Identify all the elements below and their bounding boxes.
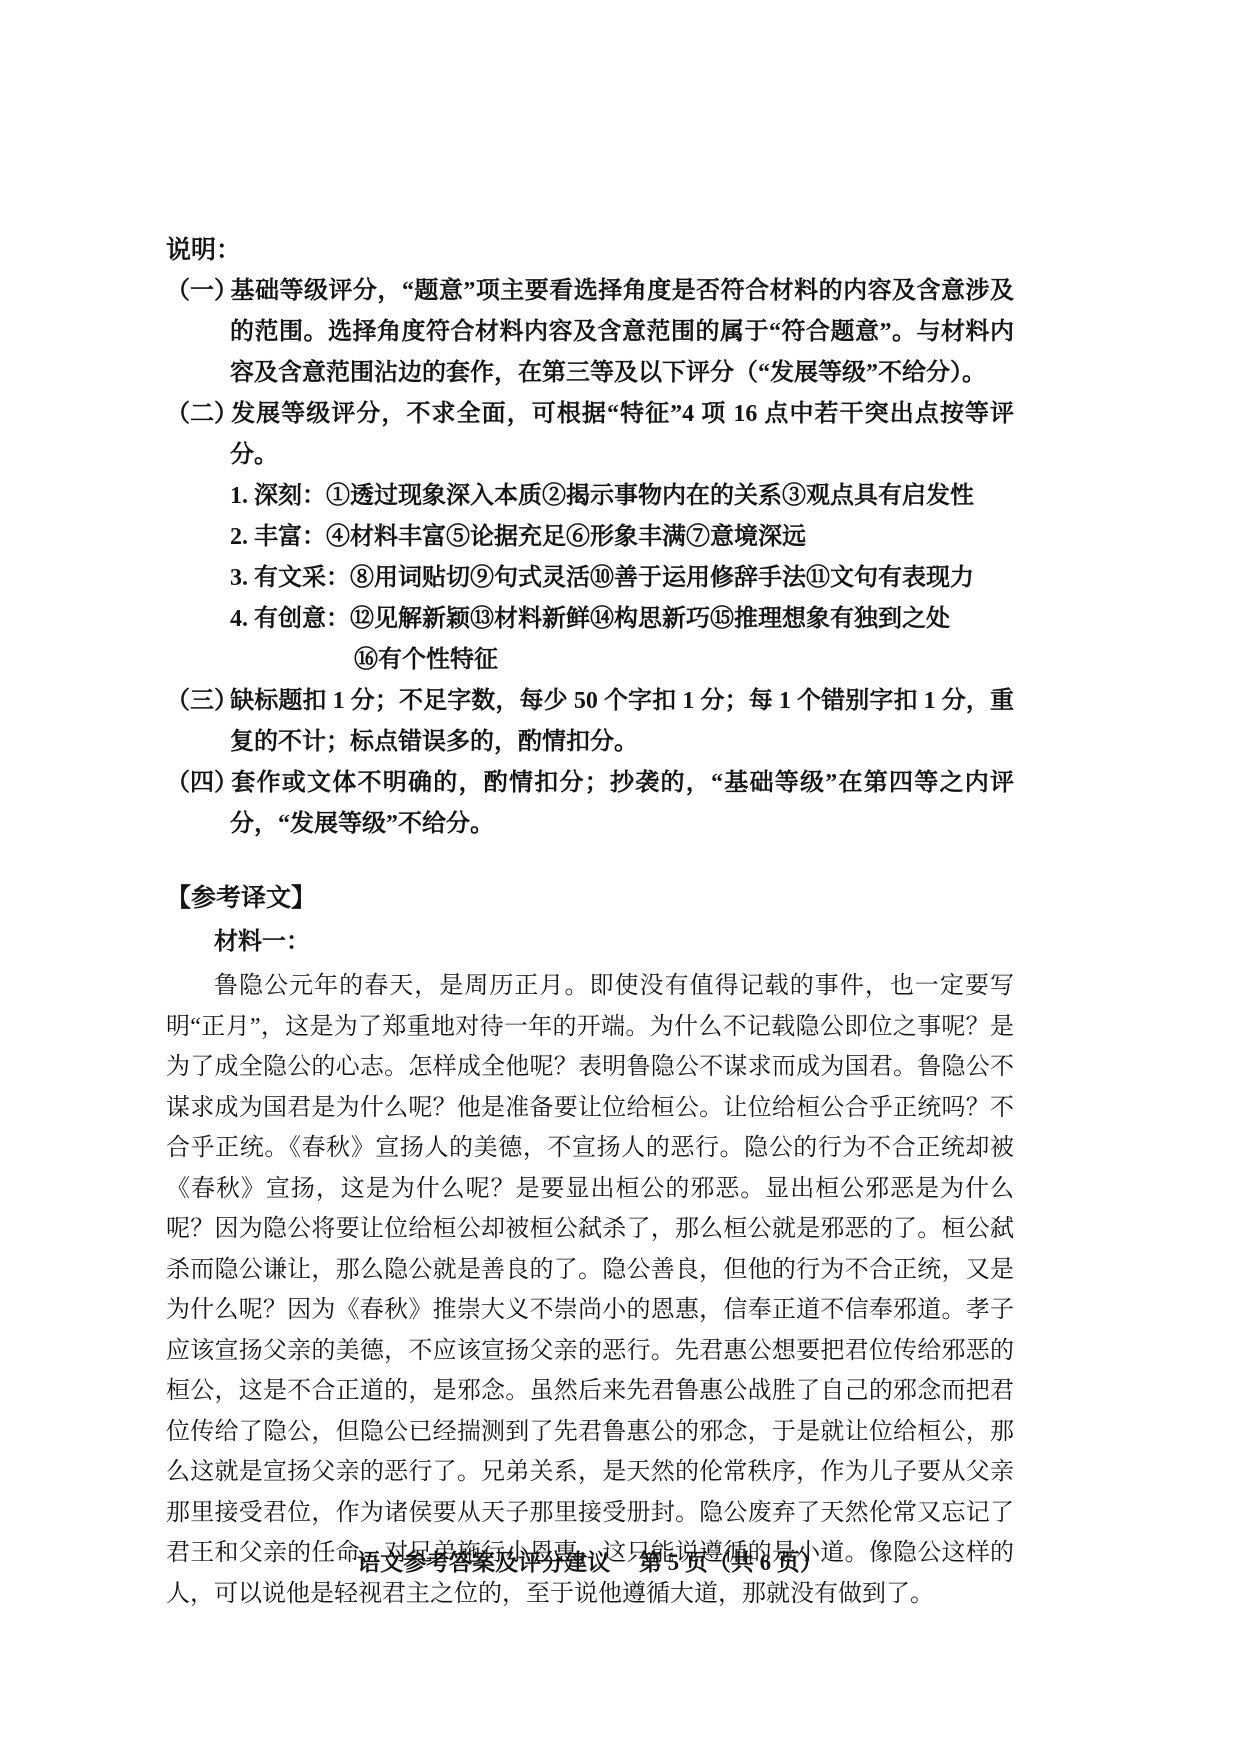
feature-sub-item-2: 2. 丰富：④材料丰富⑤论据充足⑥形象丰满⑦意境深远	[166, 517, 1014, 558]
instruction-item-1: （一）基础等级评分，“题意”项主要看选择角度是否符合材料的内容及含意涉及的范围。…	[166, 271, 1014, 394]
feature-sub-item-5: ⑯有个性特征	[166, 640, 1014, 681]
document-content: 说明： （一）基础等级评分，“题意”项主要看选择角度是否符合材料的内容及含意涉及…	[166, 230, 1014, 1614]
instruction-item-1-text: 基础等级评分，“题意”项主要看选择角度是否符合材料的内容及含意涉及的范围。选择角…	[230, 278, 1014, 386]
instruction-item-3: （三）缺标题扣 1 分；不足字数，每少 50 个字扣 1 分；每 1 个错别字扣…	[166, 681, 1014, 763]
page-footer: 语文参考答案及评分建议 第 5 页（共 6 页）	[166, 1548, 1014, 1578]
instruction-item-3-text: 缺标题扣 1 分；不足字数，每少 50 个字扣 1 分；每 1 个错别字扣 1 …	[230, 688, 1014, 755]
translation-paragraph: 鲁隐公元年的春天，是周历正月。即使没有值得记载的事件，也一定要写明“正月”，这是…	[166, 966, 1014, 1614]
feature-sub-item-4: 4. 有创意：⑫见解新颖⑬材料新鲜⑭构思新巧⑮推理想象有独到之处	[166, 599, 1014, 640]
feature-sub-item-1: 1. 深刻：①透过现象深入本质②揭示事物内在的关系③观点具有启发性	[166, 476, 1014, 517]
instructions-heading: 说明：	[166, 230, 1014, 271]
document-page: 说明： （一）基础等级评分，“题意”项主要看选择角度是否符合材料的内容及含意涉及…	[0, 0, 1241, 1754]
material-one-label: 材料一：	[214, 921, 1014, 964]
instruction-item-4: （四）套作或文体不明确的，酌情扣分；抄袭的，“基础等级”在第四等之内评分，“发展…	[166, 763, 1014, 845]
instruction-item-2: （二）发展等级评分，不求全面，可根据“特征”4 项 16 点中若干突出点按等评分…	[166, 394, 1014, 476]
instruction-item-2-text: 发展等级评分，不求全面，可根据“特征”4 项 16 点中若干突出点按等评分。	[230, 401, 1014, 468]
instruction-item-2-label: （二）	[166, 394, 230, 435]
instruction-item-4-text: 套作或文体不明确的，酌情扣分；抄袭的，“基础等级”在第四等之内评分，“发展等级”…	[230, 770, 1014, 837]
instruction-item-1-label: （一）	[166, 271, 230, 312]
translation-heading: 【参考译文】	[166, 878, 1014, 919]
instruction-item-4-label: （四）	[166, 763, 230, 804]
feature-sub-item-3: 3. 有文采：⑧用词贴切⑨句式灵活⑩善于运用修辞手法⑪文句有表现力	[166, 558, 1014, 599]
page-footer-text: 语文参考答案及评分建议 第 5 页（共 6 页）	[357, 1550, 823, 1575]
instruction-item-3-label: （三）	[166, 681, 230, 722]
